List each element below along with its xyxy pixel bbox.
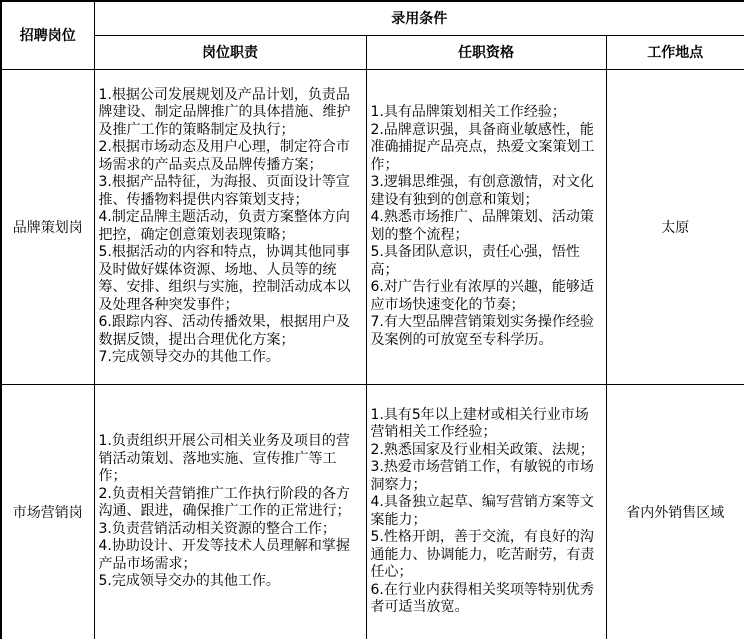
table-row: 品牌策划岗 1.根据公司发展规划及产品计划，负责品牌建设、制定品牌推广的具体措施…: [1, 69, 744, 384]
duties-cell: 1.负责组织开展公司相关业务及项目的营销活动策划、落地实施、宣传推广等工作； 2…: [94, 384, 366, 639]
duties-cell: 1.根据公司发展规划及产品计划，负责品牌建设、制定品牌推广的具体措施、维护及推广…: [94, 69, 366, 384]
qualifications-cell: 1.具有品牌策划相关工作经验； 2.品牌意识强，具备商业敏感性，能准确捕捉产品亮…: [366, 69, 606, 384]
location-cell: 太原: [606, 69, 744, 384]
header-row-top: 招聘岗位 录用条件: [1, 1, 744, 35]
location-cell: 省内外销售区域: [606, 384, 744, 639]
header-qualifications-column: 任职资格: [366, 35, 606, 69]
recruitment-table: 招聘岗位 录用条件 岗位职责 任职资格 工作地点 品牌策划岗 1.根据公司发展规…: [0, 0, 744, 639]
header-duties-column: 岗位职责: [94, 35, 366, 69]
table-row: 市场营销岗 1.负责组织开展公司相关业务及项目的营销活动策划、落地实施、宣传推广…: [1, 384, 744, 639]
header-position-column: 招聘岗位: [1, 1, 94, 69]
header-row-sub: 岗位职责 任职资格 工作地点: [1, 35, 744, 69]
header-location-column: 工作地点: [606, 35, 744, 69]
header-conditions-group: 录用条件: [94, 1, 744, 35]
position-cell: 品牌策划岗: [1, 69, 94, 384]
qualifications-cell: 1.具有5年以上建材或相关行业市场营销相关工作经验； 2.熟悉国家及行业相关政策…: [366, 384, 606, 639]
position-cell: 市场营销岗: [1, 384, 94, 639]
